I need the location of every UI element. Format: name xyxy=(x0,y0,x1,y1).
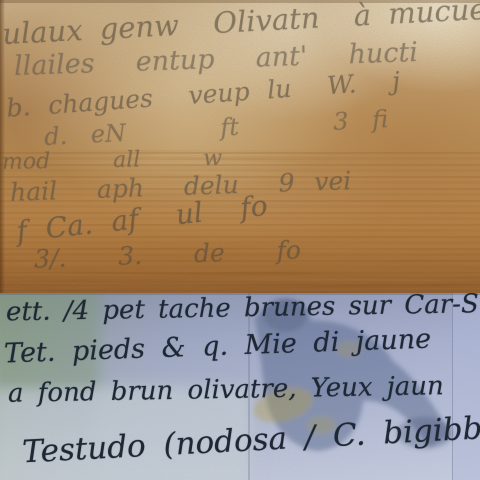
blue-overlay-section: ett. /4 pet tache brunes sur Car-Sup Tet… xyxy=(0,293,480,480)
aged-paper-section: ulaux genw Olivatn à mucuen llailes entu… xyxy=(0,0,480,293)
faded-script-line: mod all w xyxy=(2,146,223,175)
artwork-canvas: ulaux genw Olivatn à mucuen llailes entu… xyxy=(0,0,480,480)
